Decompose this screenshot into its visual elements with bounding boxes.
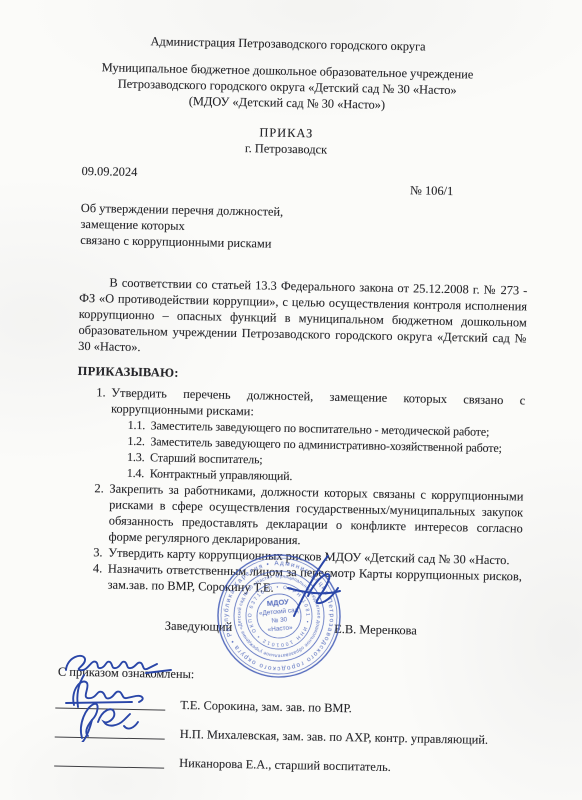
subject-block: Об утверждении перечня должностей, замещ… (80, 200, 529, 257)
official-round-stamp: Администрация Петрозаводского городского… (210, 547, 349, 686)
order-item-text: Закрепить за работниками, должности кото… (108, 481, 523, 553)
order-item-number: 1. (96, 384, 112, 416)
order-keyword: ПРИКАЗЫВАЮ: (78, 363, 526, 388)
svg-text:МДОУ: МДОУ (267, 597, 290, 608)
svg-text:«Насто»: «Насто» (267, 624, 293, 633)
svg-text:«Детский сад: «Детский сад (259, 606, 299, 617)
document-sheet: Администрация Петрозаводского городского… (0, 0, 582, 800)
preamble-paragraph: В соответствии со статьей 13.3 Федеральн… (78, 274, 527, 363)
document-header: Администрация Петрозаводского городского… (42, 31, 532, 161)
sub-item-number: 1.2. (127, 433, 150, 449)
meta-row: 09.09.2024 № 106/1 (81, 163, 529, 201)
ack-rows: Т.Е. Сорокина, зам. зав. по ВМР. Н.П. Ми… (54, 683, 520, 779)
order-number: № 106/1 (410, 169, 454, 199)
svg-text:№ 30: № 30 (271, 616, 288, 624)
signature-line (54, 766, 164, 769)
ack-label: Т.Е. Сорокина, зам. зав. по ВМР. (180, 697, 352, 717)
order-date: 09.09.2024 (81, 163, 137, 193)
sub-item-number: 1.4. (127, 465, 150, 481)
sub-item-number: 1.3. (127, 449, 150, 465)
order-item-number: 4. (93, 560, 109, 592)
order-item-2: 2. Закрепить за работниками, должности к… (74, 480, 523, 553)
scanned-order-document: Администрация Петрозаводского городского… (0, 0, 582, 800)
order-item-number: 3. (93, 544, 108, 560)
stamp-center-text: МДОУ «Детский сад № 30 «Насто» (258, 596, 301, 634)
order-item-number: 2. (93, 480, 109, 544)
sub-item-number: 1.1. (128, 417, 151, 433)
director-name: Е.В. Меренкова (334, 621, 417, 639)
signature-line (55, 708, 165, 711)
ack-label: Никанорова Е.А., старший воспитатель. (179, 755, 391, 776)
signature-line (55, 737, 165, 740)
